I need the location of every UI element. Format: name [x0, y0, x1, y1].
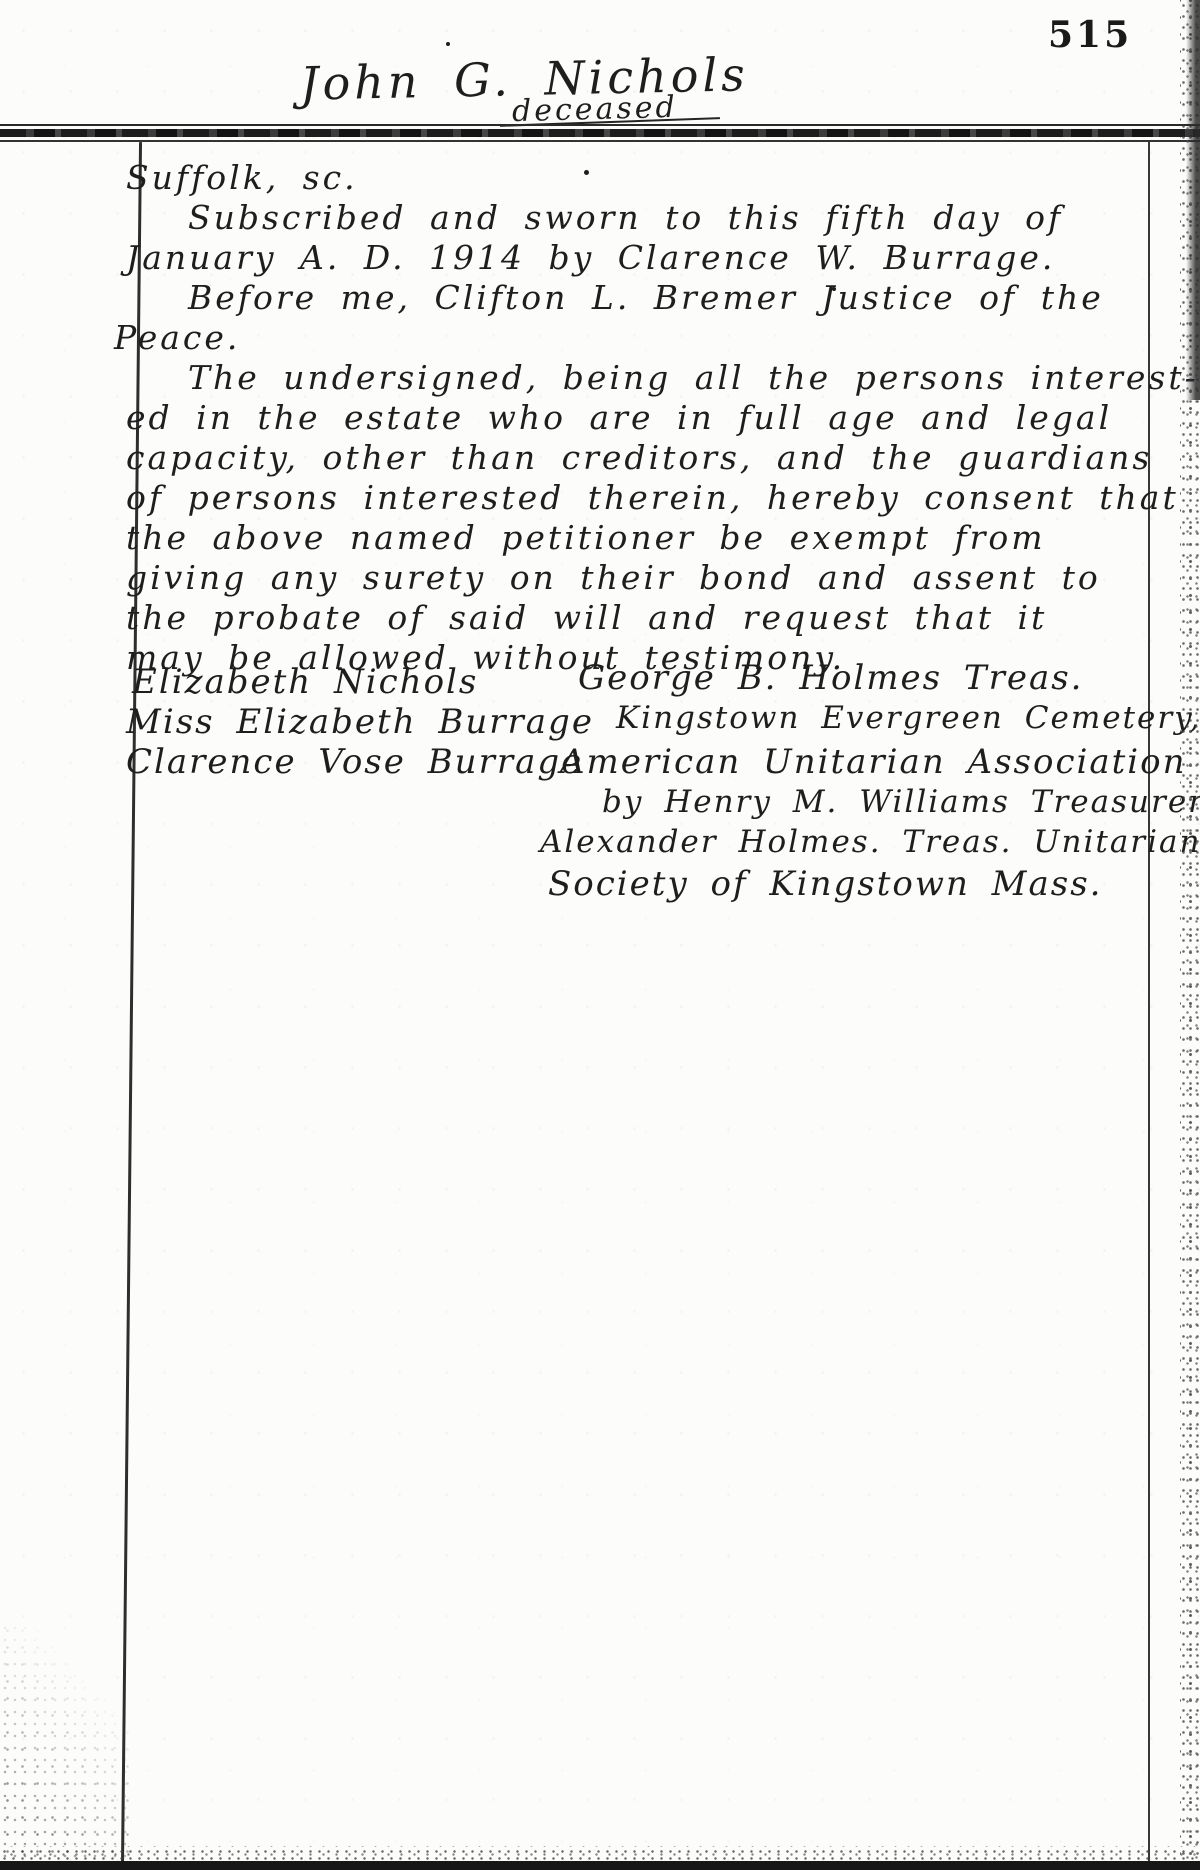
- ink-speck: [584, 170, 589, 175]
- body-line: capacity, other than creditors, and the …: [126, 438, 1156, 478]
- signature: American Unitarian Association: [560, 742, 1187, 782]
- header-rule-top: [0, 124, 1200, 126]
- document-page: 515 John G. Nichols deceased Suffolk, sc…: [0, 0, 1200, 1870]
- body-line: Peace.: [114, 318, 1156, 358]
- body-line: giving any surety on their bond and asse…: [126, 558, 1156, 598]
- body-line: the probate of said will and request tha…: [126, 598, 1156, 638]
- scan-bottom-speckle: [0, 1846, 1200, 1862]
- header-rule-bottom: [0, 140, 1200, 142]
- header-rule-thick: [0, 129, 1200, 137]
- signature: Miss Elizabeth Burrage: [126, 702, 594, 742]
- body-line: January A. D. 1914 by Clarence W. Burrag…: [126, 238, 1156, 278]
- body-line: Before me, Clifton L. Bremer Justice of …: [126, 278, 1156, 318]
- body-line: ed in the estate who are in full age and…: [126, 398, 1156, 438]
- signature: Kingstown Evergreen Cemetery,: [616, 700, 1200, 736]
- scan-corner-noise: [0, 1622, 130, 1862]
- ink-speck: [446, 42, 450, 46]
- scan-edge-shadow: [1186, 0, 1200, 400]
- handwritten-body: Suffolk, sc. Subscribed and sworn to thi…: [126, 158, 1156, 678]
- signature: George B. Holmes Treas.: [578, 658, 1084, 698]
- signature: Elizabeth Nichols: [132, 662, 478, 702]
- signature: Clarence Vose Burrage: [126, 742, 583, 782]
- signature: by Henry M. Williams Treasurer: [602, 784, 1200, 820]
- body-line: Suffolk, sc.: [126, 158, 1156, 198]
- signature: Alexander Holmes. Treas. Unitarian: [540, 824, 1200, 860]
- signature: Society of Kingstown Mass.: [548, 864, 1102, 904]
- body-line: the above named petitioner be exempt fro…: [126, 518, 1156, 558]
- ink-speck: [832, 287, 836, 291]
- page-number: 515: [1048, 14, 1132, 56]
- scan-bottom-edge: [0, 1861, 1200, 1870]
- body-line: Subscribed and sworn to this fifth day o…: [126, 198, 1156, 238]
- body-line: of persons interested therein, hereby co…: [126, 478, 1156, 518]
- body-line: The undersigned, being all the persons i…: [126, 358, 1156, 398]
